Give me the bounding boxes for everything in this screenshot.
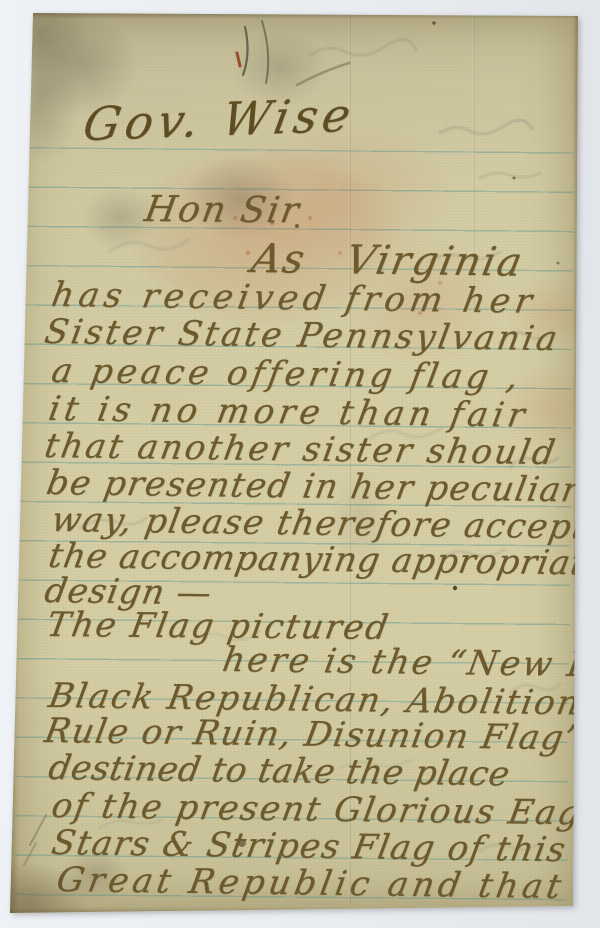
- paper-shadow-wrap: Gov. Wise Hon Sir As Virginia has receiv…: [0, 0, 600, 928]
- handwriting-line: Great Republic and that: [54, 863, 567, 904]
- scanned-document: Gov. Wise Hon Sir As Virginia has receiv…: [0, 0, 600, 928]
- handwriting-line: The Flag pictured: [44, 608, 392, 645]
- letter-heading: Gov. Wise: [80, 92, 359, 148]
- handwriting-line: here is the “New England: [220, 643, 600, 684]
- letter-page: Gov. Wise Hon Sir As Virginia has receiv…: [10, 13, 578, 914]
- handwriting-line: destined to take the place: [46, 751, 512, 791]
- handwriting-line: Sister State Pennsylvania: [42, 315, 562, 356]
- letter-salutation: Hon Sir: [142, 192, 303, 229]
- handwriting-line: As Virginia: [248, 239, 527, 283]
- handwriting-line: a peace offering flag ,: [49, 354, 524, 394]
